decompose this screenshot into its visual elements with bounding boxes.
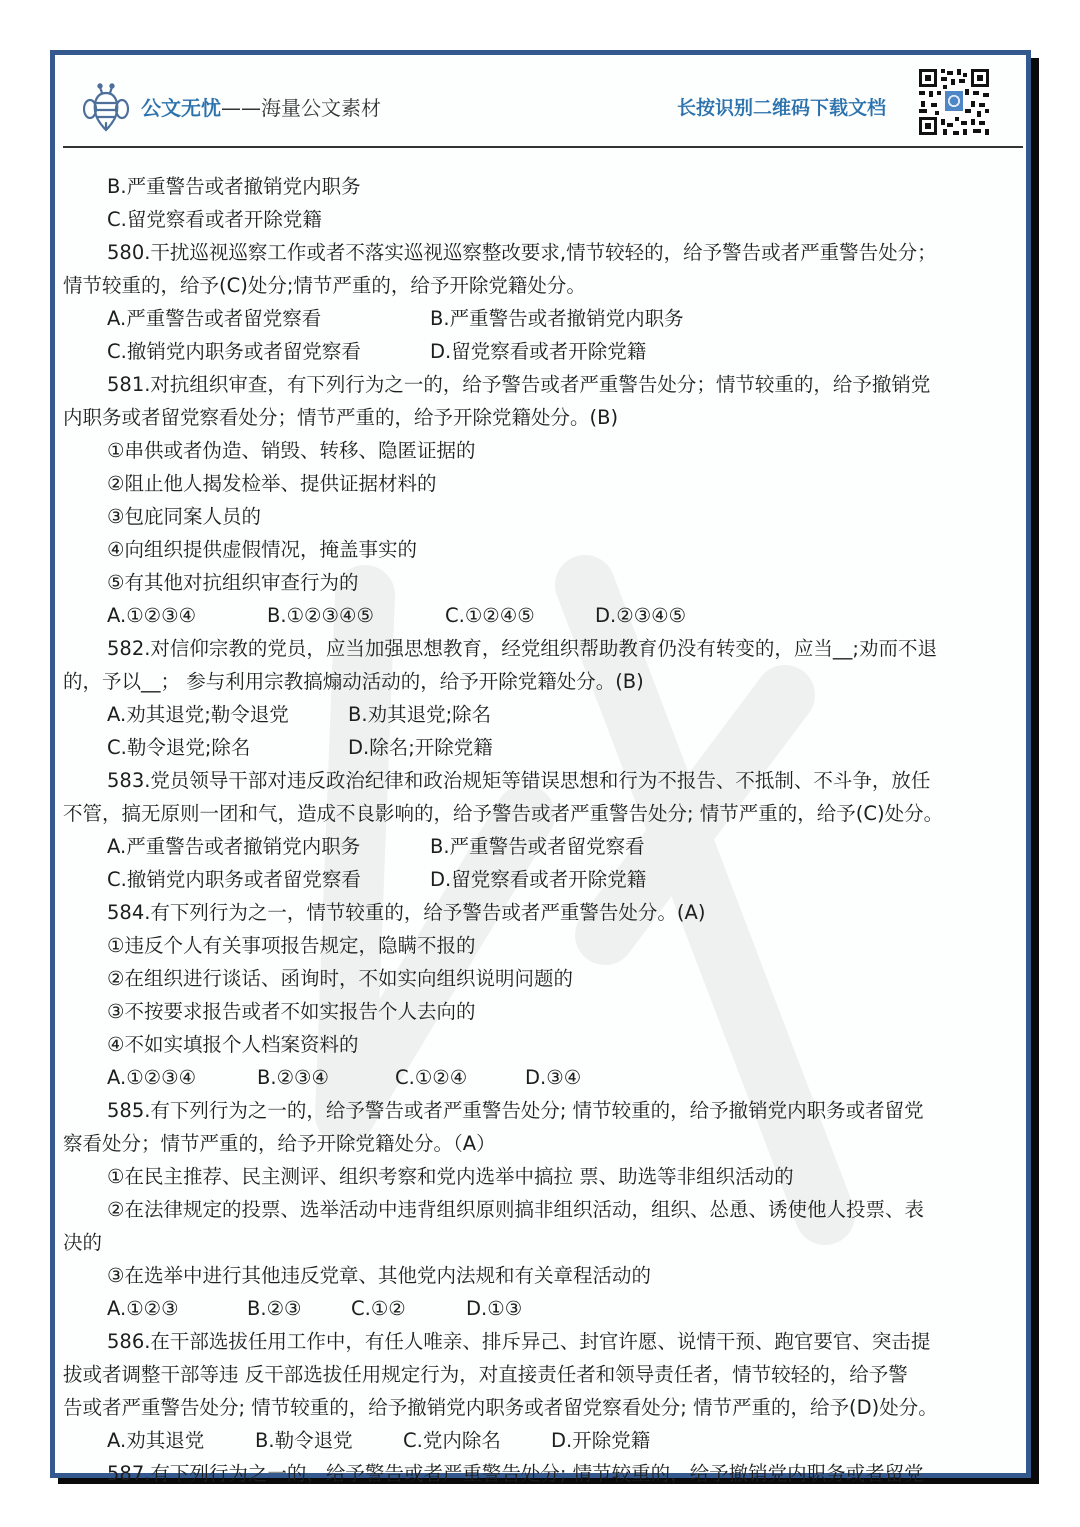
answer-option: B.劝其退党;除名 [348, 698, 491, 731]
question-text: 586.在干部选拔任用工作中，有任人唯亲、排斥异己、封官许愿、说情干预、跑官要官… [63, 1325, 1023, 1358]
text-line: 不管，搞无原则一团和气，造成不良影响的，给予警告或者严重警告处分; 情节严重的，… [63, 797, 1023, 830]
question-item: ③不按要求报告或者不如实报告个人去向的 [63, 995, 1023, 1028]
text-line: 拔或者调整干部等违 反干部选拔任用规定行为，对直接责任者和领导责任者，情节较轻的… [63, 1358, 1023, 1391]
question-item: ④向组织提供虚假情况，掩盖事实的 [63, 533, 1023, 566]
answer-option: D.留党察看或者开除党籍 [430, 335, 646, 368]
bee-logo-icon [83, 83, 129, 133]
question-text: 580.干扰巡视巡察工作或者不落实巡视巡察整改要求,情节较轻的，给予警告或者严重… [63, 236, 1023, 269]
answer-options: A.①②③④B.②③④C.①②④D.③④ [63, 1061, 1023, 1094]
answer-option: A.严重警告或者留党察看 [107, 302, 430, 335]
header-divider [63, 146, 1023, 148]
answer-options: C.撤销党内职务或者留党察看D.留党察看或者开除党籍 [63, 335, 1023, 368]
question-text: 583.党员领导干部对违反政治纪律和政治规矩等错误思想和行为不报告、不抵制、不斗… [63, 764, 1023, 797]
text-line: 察看处分；情节严重的，给予开除党籍处分。（A） [63, 1127, 1023, 1160]
text-line: 告或者严重警告处分; 情节较重的，给予撤销党内职务或者留党察看处分; 情节严重的… [63, 1391, 1023, 1424]
answer-options: C.撤销党内职务或者留党察看D.留党察看或者开除党籍 [63, 863, 1023, 896]
answer-option: B.②③ [247, 1292, 351, 1325]
text-line: B.严重警告或者撤销党内职务 [63, 170, 1023, 203]
question-item: ②阻止他人揭发检举、提供证据材料的 [63, 467, 1023, 500]
qr-download-hint: 长按识别二维码下载文档 [677, 95, 886, 121]
question-item: ③在选举中进行其他违反党章、其他党内法规和有关章程活动的 [63, 1259, 1023, 1292]
question-item: ④不如实填报个人档案资料的 [63, 1028, 1023, 1061]
answer-option: C.①②④⑤ [445, 599, 595, 632]
question-item: ①在民主推荐、民主测评、组织考察和党内选举中搞拉 票、助选等非组织活动的 [63, 1160, 1023, 1193]
brand-tagline: ——海量公文素材 [221, 96, 381, 120]
question-item: ③包庇同案人员的 [63, 500, 1023, 533]
answer-options: C.勒令退党;除名D.除名;开除党籍 [63, 731, 1023, 764]
answer-option: C.撤销党内职务或者留党察看 [107, 863, 430, 896]
text-line: 内职务或者留党察看处分；情节严重的，给予开除党籍处分。(B) [63, 401, 1023, 434]
answer-option: C.①②④ [395, 1061, 525, 1094]
question-item: ②在法律规定的投票、选举活动中违背组织原则搞非组织活动，组织、怂恿、诱使他人投票… [63, 1193, 1023, 1226]
text-line: 的，予以__； 参与利用宗教搞煽动活动的，给予开除党籍处分。(B) [63, 665, 1023, 698]
answer-option: B.严重警告或者留党察看 [430, 830, 645, 863]
qr-code-icon[interactable] [917, 67, 991, 137]
answer-option: A.①②③④ [107, 599, 267, 632]
answer-option: A.严重警告或者撤销党内职务 [107, 830, 430, 863]
answer-option: D.开除党籍 [551, 1424, 650, 1457]
answer-option: D.③④ [525, 1061, 581, 1094]
answer-option: A.劝其退党;勒令退党 [107, 698, 348, 731]
answer-option: B.②③④ [257, 1061, 395, 1094]
brand-name: 公文无忧 [141, 96, 221, 120]
answer-option: C.撤销党内职务或者留党察看 [107, 335, 430, 368]
answer-options: A.①②③④B.①②③④⑤C.①②④⑤D.②③④⑤ [63, 599, 1023, 632]
answer-option: D.除名;开除党籍 [348, 731, 493, 764]
answer-option: A.①②③ [107, 1292, 247, 1325]
answer-option: D.①③ [466, 1292, 522, 1325]
answer-option: B.严重警告或者撤销党内职务 [430, 302, 684, 335]
answer-option: C.①② [351, 1292, 466, 1325]
question-text: 585.有下列行为之一的，给予警告或者严重警告处分; 情节较重的，给予撤销党内职… [63, 1094, 1023, 1127]
brand: 公文无忧——海量公文素材 [141, 95, 381, 121]
answer-option: B.①②③④⑤ [267, 599, 445, 632]
page-header: 公文无忧——海量公文素材 长按识别二维码下载文档 [55, 55, 1026, 147]
answer-option: A.劝其退党 [107, 1424, 255, 1457]
answer-options: A.劝其退党;勒令退党B.劝其退党;除名 [63, 698, 1023, 731]
text-line: C.留党察看或者开除党籍 [63, 203, 1023, 236]
answer-options: A.严重警告或者留党察看B.严重警告或者撤销党内职务 [63, 302, 1023, 335]
document-body: B.严重警告或者撤销党内职务C.留党察看或者开除党籍580.干扰巡视巡察工作或者… [63, 170, 1023, 1490]
answer-option: D.②③④⑤ [595, 599, 686, 632]
answer-option: B.勒令退党 [255, 1424, 403, 1457]
question-item: ②在组织进行谈话、函询时，不如实向组织说明问题的 [63, 962, 1023, 995]
text-line: 情节较重的，给予(C)处分;情节严重的，给予开除党籍处分。 [63, 269, 1023, 302]
answer-option: D.留党察看或者开除党籍 [430, 863, 646, 896]
answer-option: A.①②③④ [107, 1061, 257, 1094]
question-text: 581.对抗组织审查，有下列行为之一的，给予警告或者严重警告处分；情节较重的，给… [63, 368, 1023, 401]
answer-option: C.党内除名 [403, 1424, 551, 1457]
question-item: ①违反个人有关事项报告规定，隐瞒不报的 [63, 929, 1023, 962]
answer-options: A.劝其退党B.勒令退党C.党内除名D.开除党籍 [63, 1424, 1023, 1457]
answer-options: A.①②③B.②③C.①②D.①③ [63, 1292, 1023, 1325]
question-text: 587.有下列行为之一的，给予警告或者严重警告处分; 情节较重的，给予撤销党内职… [63, 1457, 1023, 1490]
answer-options: A.严重警告或者撤销党内职务B.严重警告或者留党察看 [63, 830, 1023, 863]
text-line: 决的 [63, 1226, 1023, 1259]
answer-option: C.勒令退党;除名 [107, 731, 348, 764]
question-text: 582.对信仰宗教的党员，应当加强思想教育，经党组织帮助教育仍没有转变的，应当_… [63, 632, 1023, 665]
document-page: 公文无忧——海量公文素材 长按识别二维码下载文档 [50, 50, 1031, 1478]
question-item: ⑤有其他对抗组织审查行为的 [63, 566, 1023, 599]
question-text: 584.有下列行为之一，情节较重的，给予警告或者严重警告处分。(A) [63, 896, 1023, 929]
question-item: ①串供或者伪造、销毁、转移、隐匿证据的 [63, 434, 1023, 467]
